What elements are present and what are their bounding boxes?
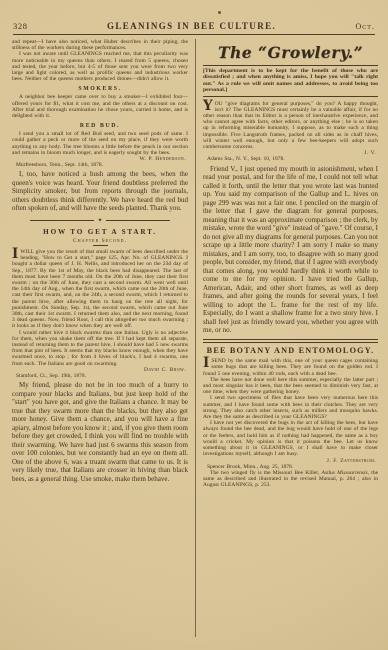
page-number: 328 [13, 21, 28, 31]
paragraph-smokers: A neighbor bee keeper came over to buy a… [12, 94, 188, 119]
growlery-title: The “Growlery.” [203, 43, 378, 62]
page-header: 328 GLEANINGS IN BEE CULTURE. Oct. [13, 21, 375, 35]
heading-red-bud: RED BUD. [12, 123, 188, 129]
editor-reply-brow: My friend, please do not be in too much … [12, 381, 188, 483]
section-divider: ✦ [30, 218, 170, 224]
species-name: Asilus Missouriensis, [321, 470, 369, 476]
left-column: and repeat—I have also noticed, what Hub… [12, 39, 195, 637]
dateline-brow: Stamford, Ct., Sep. 19th, 1878. [12, 373, 188, 379]
title-rule [203, 65, 378, 66]
editor-reply-henderson: I, too, have noticed a hush among the be… [12, 170, 188, 213]
editor-reply-bee-killer: The two winged fly is the Missouri Bee K… [203, 470, 378, 489]
subheading-chapter-second: Chapter Second. [12, 238, 188, 244]
paragraph-black-swarms: I would rather hive 4 black swarms than … [12, 330, 188, 367]
paragraph-bugs: I have not yet discovered the bugs in th… [203, 420, 378, 457]
section-rule [203, 339, 378, 344]
dateline-henderson: Murfreesboro, Tenn., Sept. 14th, 1878. [12, 162, 188, 168]
editor-reply-jv: Friend V., I just opened my mouth in ast… [203, 165, 378, 335]
paragraph-red-bud: I send you a small lot of Red Bud seed, … [12, 131, 188, 156]
divider-line [106, 220, 170, 221]
issue-month: Oct. [356, 22, 375, 31]
paragraph-start-letter: IWILL give you the result of that small … [12, 249, 188, 330]
dateline-jv: Adams Sta., N. Y., Sept. 10, 1878. [203, 156, 378, 162]
chapter-rule [93, 245, 108, 246]
reply-fly-pre: The two winged fly is the Missouri Bee K… [210, 470, 321, 476]
paragraph-send-letter: ISEND by the same mail with this, one of… [203, 358, 378, 377]
heading-how-to-get-a-start: HOW TO GET A START. [12, 228, 188, 236]
intro-rule [203, 96, 378, 97]
paragraph-start-text: WILL give you the result of that small s… [12, 249, 188, 329]
paragraph-diagrams-letter: YOU "give diagrams for general purposes,… [203, 101, 378, 151]
heading-bee-botany: BEE BOTANY AND ENTOMOLOGY. [203, 346, 378, 355]
two-column-body: and repeat—I have also noticed, what Hub… [12, 39, 378, 637]
paragraph-queens: I was not aware until GLEANINGS reached … [12, 51, 188, 82]
dropcap-initial-y: Y [203, 101, 215, 112]
heading-smokers: SMOKERS. [12, 86, 188, 92]
paragraph-diagrams-text: OU "give diagrams for general purposes,"… [203, 101, 378, 150]
department-intro: [This department is to be kept for the b… [203, 68, 378, 94]
divider-line [30, 220, 94, 221]
journal-title: GLEANINGS IN BEE CULTURE. [107, 21, 276, 31]
scan-speck [218, 11, 221, 14]
scanned-page: 328 GLEANINGS IN BEE CULTURE. Oct. and r… [0, 0, 388, 650]
paragraph-specimens: I send two specimens of flies that have … [203, 395, 378, 420]
right-column: The “Growlery.” [This department is to b… [195, 39, 378, 637]
ornament-icon: ✦ [97, 218, 102, 224]
paragraph-send-text: SEND by the same mail with this, one of … [203, 358, 378, 376]
paragraph-summer: The bees have not done well here this su… [203, 377, 378, 396]
paragraph-piping: and repeat—I have also noticed, what Hub… [12, 39, 188, 51]
